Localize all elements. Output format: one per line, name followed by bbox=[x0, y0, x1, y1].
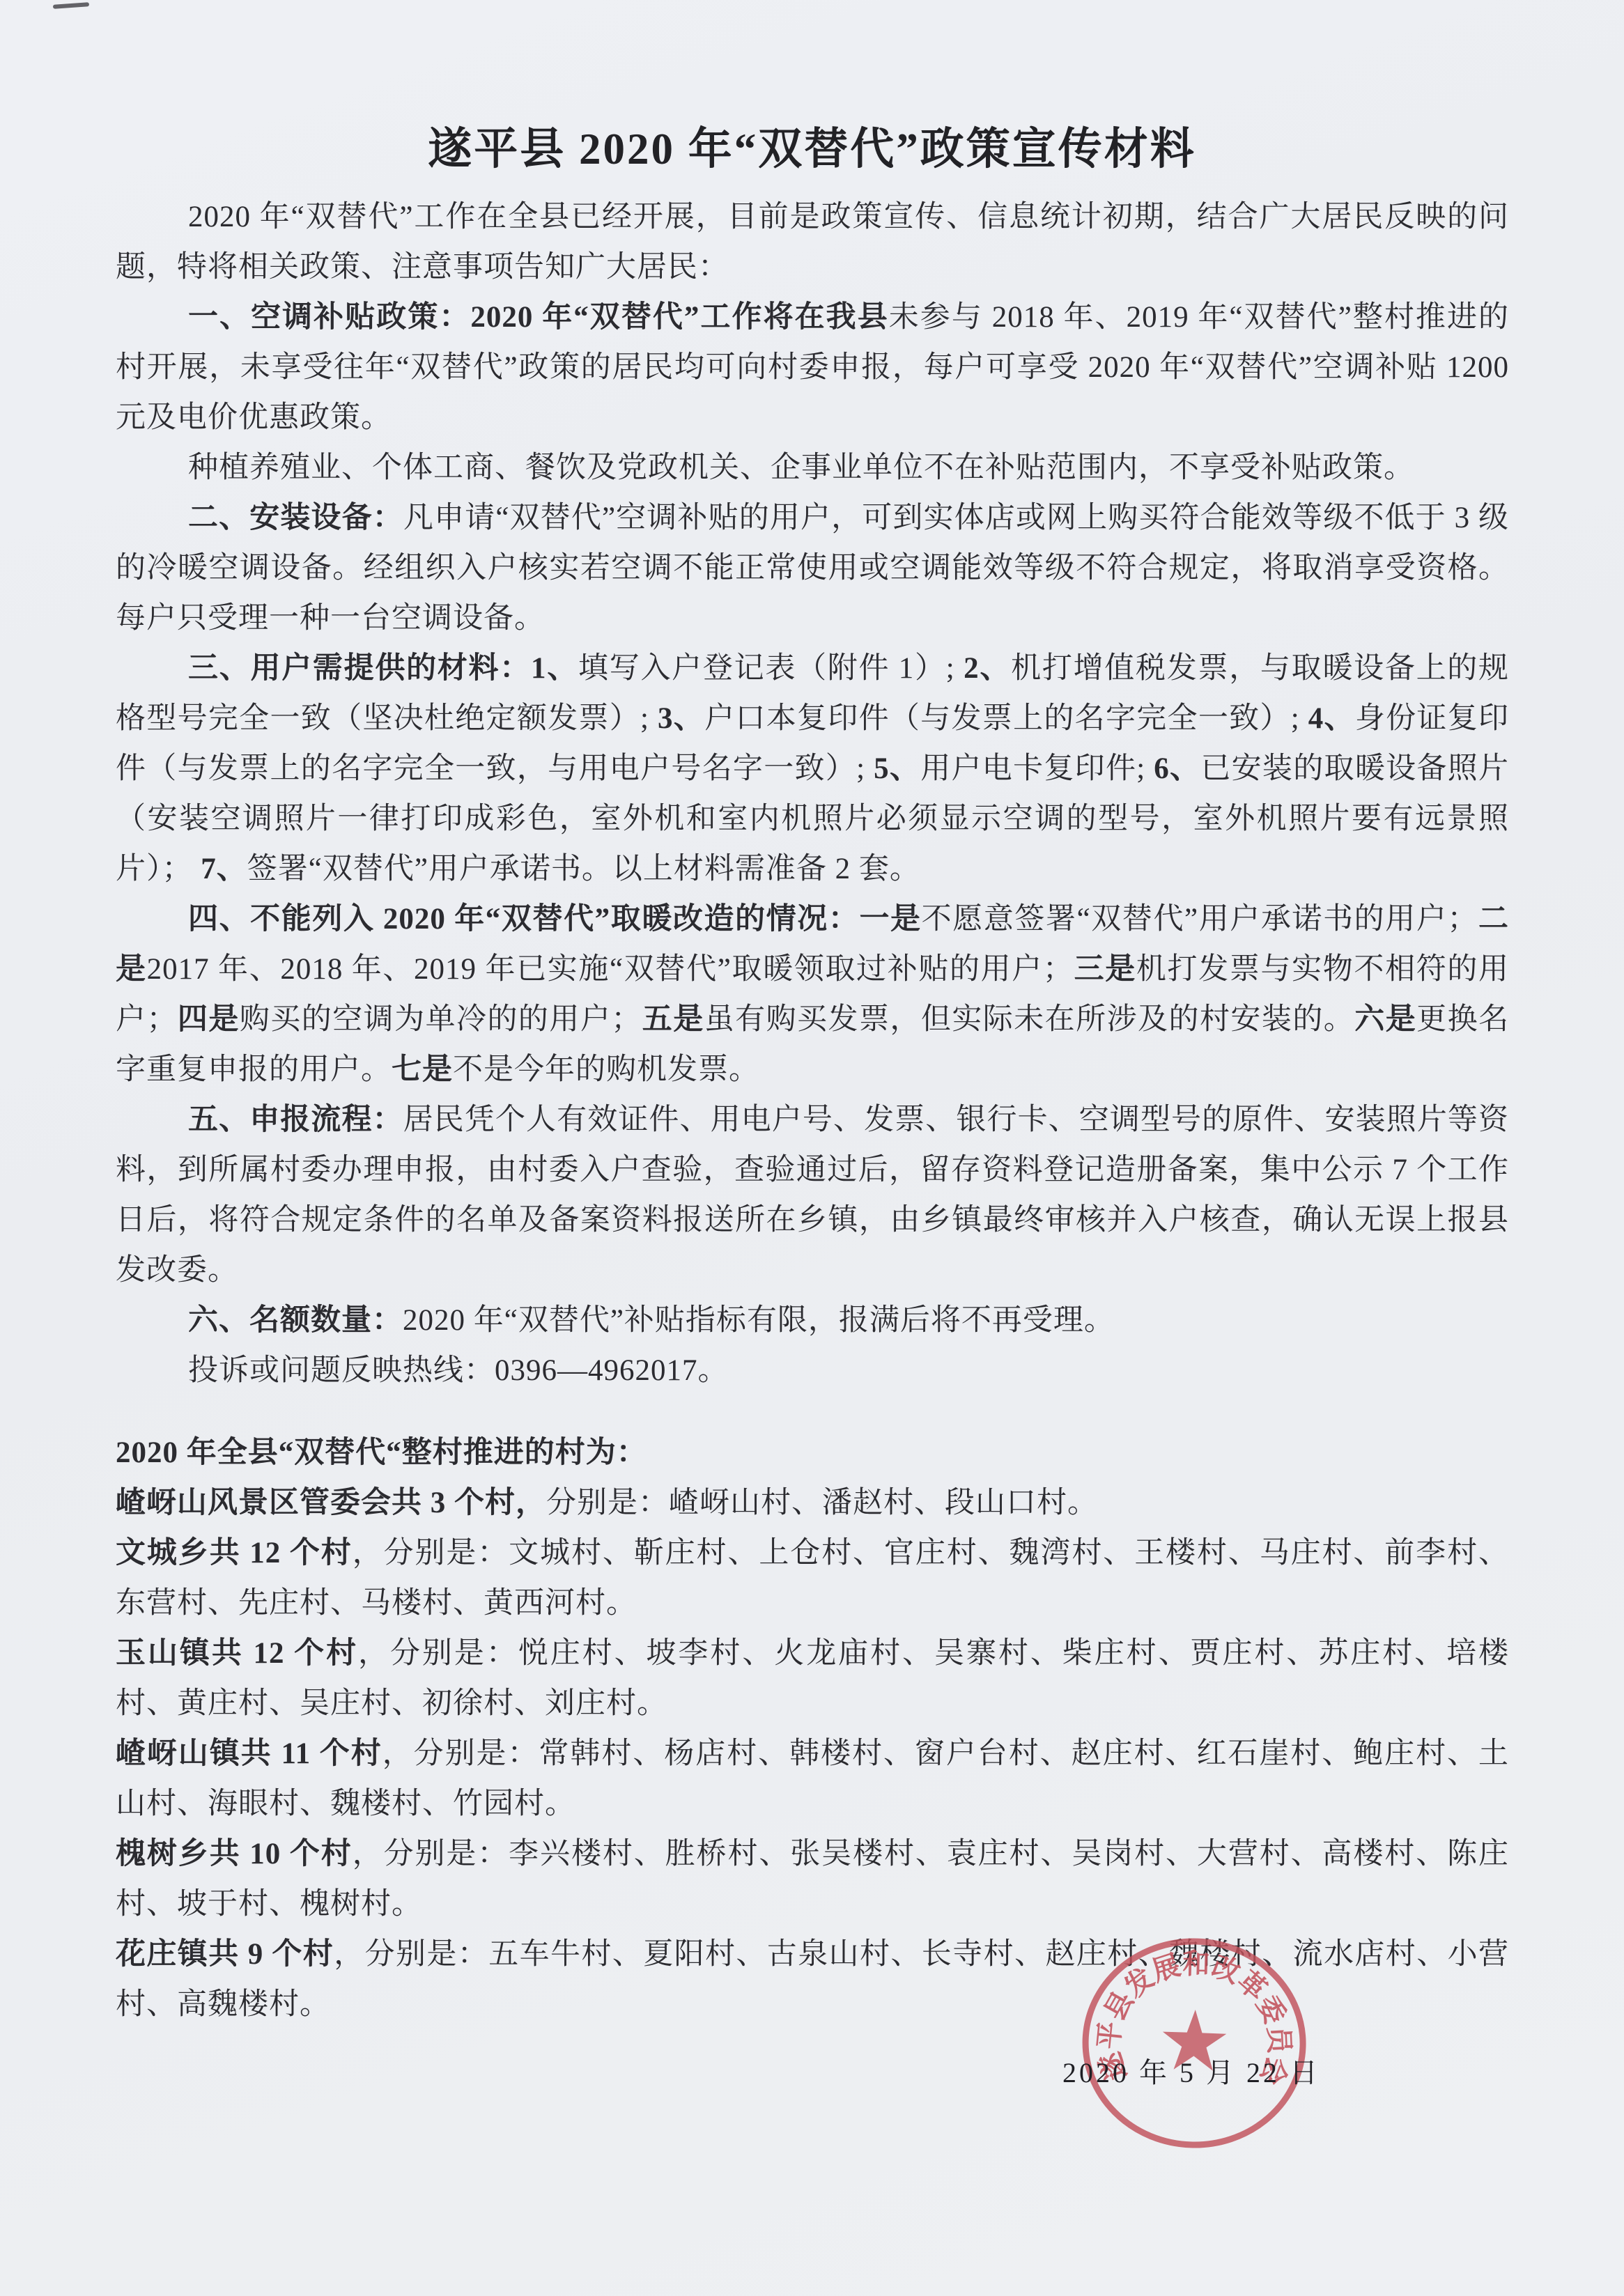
text-run: 投诉或问题反映热线：0396—4962017。 bbox=[188, 1354, 729, 1387]
bold-text-run: 四、不能列入 2020 年“双替代”取暖改造的情况： bbox=[188, 903, 859, 936]
village-group-chayashan-scenic-area: 嵖岈山风景区管委会共 3 个村，分别是：嵖岈山村、潘赵村、段山口村。 bbox=[116, 1478, 1509, 1528]
text-run: 户口本复印件（与发票上的名字完全一致）; bbox=[704, 702, 1308, 735]
bold-text-run: 6、 bbox=[1154, 752, 1200, 785]
policy-section-3-materials: 三、用户需提供的材料：1、填写入户登记表（附件 1）; 2、机打增值税发票，与取… bbox=[116, 644, 1509, 894]
bold-text-run: 嵖岈山风景区管委会共 3 个村， bbox=[116, 1487, 546, 1519]
bold-text-run: 7、 bbox=[201, 853, 247, 885]
text-run: 2017 年、2018 年、2019 年已实施“双替代”取暖领取过补贴的用户； bbox=[147, 953, 1074, 986]
text-run: 购买的空调为单冷的的用户； bbox=[240, 1003, 642, 1036]
bold-text-run: 六是 bbox=[1354, 1003, 1416, 1036]
bold-text-run: 槐树乡共 10 个村 bbox=[116, 1838, 353, 1870]
bold-text-run: 5、 bbox=[874, 752, 920, 785]
hotline-line: 投诉或问题反映热线：0396—4962017。 bbox=[116, 1346, 1509, 1396]
bold-text-run: 五、申报流程： bbox=[188, 1103, 403, 1136]
policy-section-5-process: 五、申报流程：居民凭个人有效证件、用电户号、发票、银行卡、空调型号的原件、安装照… bbox=[116, 1095, 1509, 1296]
bold-text-run: 花庄镇共 9 个村 bbox=[116, 1938, 334, 1971]
bold-text-run: 三是 bbox=[1074, 953, 1136, 986]
bold-text-run: 七是 bbox=[392, 1053, 453, 1086]
text-run: 用户电卡复印件; bbox=[920, 752, 1154, 785]
bold-text-run: 四是 bbox=[177, 1003, 239, 1036]
bold-text-run: 3、 bbox=[658, 702, 704, 735]
village-list-heading: 2020 年全县“双替代“整村推进的村为： bbox=[116, 1428, 1509, 1478]
text-run: 不是今年的购机发票。 bbox=[453, 1053, 759, 1086]
policy-section-1-subsidy: 一、空调补贴政策：2020 年“双替代”工作将在我县未参与 2018 年、201… bbox=[116, 293, 1509, 443]
bold-text-run: 玉山镇共 12 个村 bbox=[116, 1637, 358, 1670]
document-title: 遂平县 2020 年“双替代”政策宣传材料 bbox=[0, 114, 1624, 177]
bold-text-run: 六、名额数量： bbox=[188, 1304, 403, 1337]
bold-text-run: 2020 年全县“双替代“整村推进的村为： bbox=[116, 1436, 647, 1469]
text-run: 签署“双替代”用户承诺书。以上材料需准备 2 套。 bbox=[247, 853, 920, 885]
bold-text-run: 2、 bbox=[964, 652, 1011, 685]
document-body: 2020 年“双替代”工作在全县已经开展，目前是政策宣传、信息统计初期，结合广大… bbox=[116, 192, 1509, 2030]
bold-text-run: 1、 bbox=[531, 652, 578, 685]
bold-text-run: 五是 bbox=[642, 1003, 704, 1036]
issue-date: 2020 年 5 月 22 日 bbox=[1044, 2051, 1339, 2091]
scan-artifact-mark bbox=[53, 2, 89, 9]
bold-text-run: 嵖岈山镇共 11 个村 bbox=[116, 1737, 382, 1770]
bold-text-run: 三、用户需提供的材料： bbox=[188, 652, 531, 685]
policy-section-2-equipment: 二、安装设备：凡申请“双替代”空调补贴的用户，可到实体店或网上购买符合能效等级不… bbox=[116, 493, 1509, 644]
text-run: 分别是：嵖岈山村、潘赵村、段山口村。 bbox=[546, 1487, 1098, 1519]
text-run: 不愿意签署“双替代”用户承诺书的用户； bbox=[922, 903, 1478, 936]
village-group-wencheng-township: 文城乡共 12 个村，分别是：文城村、靳庄村、上仓村、官庄村、魏湾村、王楼村、马… bbox=[116, 1528, 1509, 1629]
bold-text-run: 一是 bbox=[859, 903, 921, 936]
village-group-chayashan-town: 嵖岈山镇共 11 个村，分别是：常韩村、杨店村、韩楼村、窗户台村、赵庄村、红石崖… bbox=[116, 1729, 1509, 1829]
text-run: 虽有购买发票，但实际未在所涉及的村安装的。 bbox=[704, 1003, 1355, 1036]
text-run: 填写入户登记表（附件 1）; bbox=[578, 652, 964, 685]
scanned-policy-document: 遂平县 2020 年“双替代”政策宣传材料 2020 年“双替代”工作在全县已经… bbox=[0, 0, 1624, 2296]
text-run: 2020 年“双替代”工作在全县已经开展，目前是政策宣传、信息统计初期，结合广大… bbox=[116, 201, 1509, 284]
village-group-yushan-town: 玉山镇共 12 个村，分别是：悦庄村、坡李村、火龙庙村、吴寨村、柴庄村、贾庄村、… bbox=[116, 1629, 1509, 1729]
text-run: 2020 年“双替代”补贴指标有限，报满后将不再受理。 bbox=[403, 1304, 1115, 1337]
official-seal-stamp: 遂平县发展和改革委员会 bbox=[1069, 1927, 1318, 2162]
policy-section-4-exclusions: 四、不能列入 2020 年“双替代”取暖改造的情况：一是不愿意签署“双替代”用户… bbox=[116, 894, 1509, 1095]
policy-section-6-quota: 六、名额数量：2020 年“双替代”补贴指标有限，报满后将不再受理。 bbox=[116, 1296, 1509, 1346]
bold-text-run: 二、安装设备： bbox=[188, 502, 403, 534]
text-run: 种植养殖业、个体工商、餐饮及党政机关、企事业单位不在补贴范围内，不享受补贴政策。 bbox=[188, 451, 1414, 484]
bold-text-run: 一、空调补贴政策：2020 年“双替代”工作将在我县 bbox=[188, 301, 889, 334]
bold-text-run: 4、 bbox=[1308, 702, 1355, 735]
intro-paragraph: 2020 年“双替代”工作在全县已经开展，目前是政策宣传、信息统计初期，结合广大… bbox=[116, 192, 1509, 293]
subsidy-scope-note: 种植养殖业、个体工商、餐饮及党政机关、企事业单位不在补贴范围内，不享受补贴政策。 bbox=[116, 443, 1509, 493]
bold-text-run: 文城乡共 12 个村 bbox=[116, 1537, 353, 1569]
seal-graphic: 遂平县发展和改革委员会 bbox=[1069, 1927, 1318, 2162]
village-group-huaishu-township: 槐树乡共 10 个村，分别是：李兴楼村、胜桥村、张吴楼村、袁庄村、吴岗村、大营村… bbox=[116, 1829, 1509, 1930]
